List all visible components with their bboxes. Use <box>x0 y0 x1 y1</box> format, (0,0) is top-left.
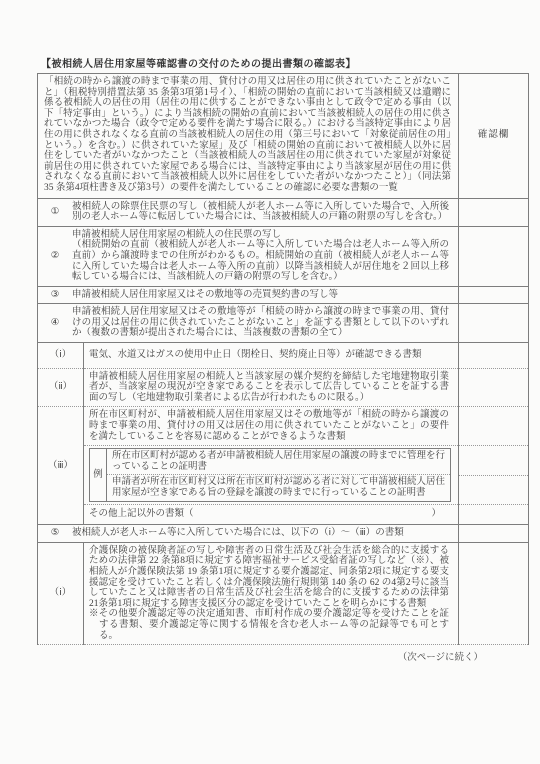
sub-item-number-iii: （ⅲ） <box>38 407 84 525</box>
example-label: 例 <box>90 449 107 500</box>
item-row-3: ③ 申請被相続人居住用家屋又はその敷地等の売買契約書の写し等 <box>38 286 529 304</box>
sub-item-row-ii: （ⅱ） 申請被相続人居住用家屋の相続人と当該家屋の媒介契約を締結した宅地建物取引… <box>38 368 529 407</box>
check-cell-sub-iii[interactable] <box>459 407 529 446</box>
check-cell-item-5[interactable] <box>459 525 529 543</box>
check-cell-item-1[interactable] <box>459 198 529 226</box>
item-number-4: ④ <box>38 318 72 329</box>
item5-sub-note: ※その他要介護認定等の決定通知書、市町村作成の要介護認定等を受けたことを証する書… <box>89 609 449 641</box>
check-cell-item-2[interactable] <box>459 226 529 286</box>
check-cell-sub-ii[interactable] <box>459 368 529 407</box>
check-cell-item-4[interactable] <box>459 304 529 343</box>
other-documents-label: その他上記以外の書類（ <box>89 509 194 520</box>
sub-item-text-iii: 所在市区町村が、申請被相続人居住用家屋又はその敷地等が「相続の時から譲渡の時まで… <box>84 407 459 446</box>
item5-sub-text-i: 介護保険の被保険者証の写しや障害者の日常生活及び社会生活を総合的に支援するための… <box>89 546 449 610</box>
sub-item-number-ii: （ⅱ） <box>38 368 84 407</box>
item-row-4: ④ 申請被相続人居住用家屋又はその敷地等が「相続の時から譲渡の時まで事業の用、貸… <box>38 304 529 343</box>
sub-item-text-i: 電気、水道又はガスの使用中止日（閉栓日、契約廃止日等）が確認できる書類 <box>84 343 459 369</box>
check-cell-examples[interactable] <box>459 446 529 504</box>
item-text-2-line2: （相続開始の直前（被相続人が老人ホーム等に入所していた場合は老人ホーム等入所の直… <box>72 240 449 282</box>
item5-sub-row-i: （ⅰ） 介護保険の被保険者証の写しや障害者の日常生活及び社会生活を総合的に支援す… <box>38 542 529 644</box>
item-text-3: 申請被相続人居住用家屋又はその敷地等の売買契約書の写し等 <box>72 289 458 302</box>
example-1: 所在市区町村が認める者が申請被相続人居住用家屋の譲渡の時までに管理を行っているこ… <box>107 449 450 474</box>
check-column-header: 確認欄 <box>459 74 529 199</box>
item-number-5: ⑤ <box>38 528 72 539</box>
sub-item-row-iii: （ⅲ） 所在市区町村が、申請被相続人居住用家屋又はその敷地等が「相続の時から譲渡… <box>38 407 529 446</box>
other-documents-row: その他上記以外の書類（ ） <box>38 504 529 525</box>
item-row-2: ② 申請被相続人居住用家屋の相続人の住民票の写し （相続開始の直前（被相続人が老… <box>38 226 529 286</box>
requirement-summary: 「相続の時から譲渡の時まで事業の用、貸付けの用又は居住の用に供されていたことがな… <box>38 74 459 199</box>
sub-item-number-i: （ⅰ） <box>38 343 84 369</box>
item-text-5: 被相続人が老人ホーム等に入所していた場合には、以下の（ⅰ）～（ⅲ）の書類 <box>72 527 458 540</box>
page-continuation-note: （次ページに続く） <box>37 645 528 663</box>
item-number-2: ② <box>38 251 72 262</box>
checklist-table: 「相続の時から譲渡の時まで事業の用、貸付けの用又は居住の用に供されていたことがな… <box>37 73 529 645</box>
document-page: 【被相続人居住用家屋等確認書の交付のための提出書類の確認表】 「相続の時から譲渡… <box>0 0 540 663</box>
item5-sub-number-i: （ⅰ） <box>38 542 84 644</box>
check-cell-sub-i[interactable] <box>459 343 529 369</box>
item-row-5: ⑤ 被相続人が老人ホーム等に入所していた場合には、以下の（ⅰ）～（ⅲ）の書類 <box>38 525 529 543</box>
example-box: 例 所在市区町村が認める者が申請被相続人居住用家屋の譲渡の時までに管理を行ってい… <box>89 448 451 501</box>
item-text-1: 被相続人の除票住民票の写し（被相続人が老人ホーム等に入所していた場合で、入所後別… <box>72 201 458 224</box>
other-documents-close-paren: ） <box>432 509 450 520</box>
item-row-1: ① 被相続人の除票住民票の写し（被相続人が老人ホーム等に入所していた場合で、入所… <box>38 198 529 226</box>
sub-item-row-i: （ⅰ） 電気、水道又はガスの使用中止日（閉栓日、契約廃止日等）が確認できる書類 <box>38 343 529 369</box>
document-title: 【被相続人居住用家屋等確認書の交付のための提出書類の確認表】 <box>41 55 528 70</box>
check-cell-other[interactable] <box>459 504 529 525</box>
sub-item-iii-examples-row: 例 所在市区町村が認める者が申請被相続人居住用家屋の譲渡の時までに管理を行ってい… <box>38 446 529 504</box>
item-text-4: 申請被相続人居住用家屋又はその敷地等が「相続の時から譲渡の時まで事業の用、貸付け… <box>72 306 458 340</box>
check-cell-divider <box>459 446 528 476</box>
check-cell-item-3[interactable] <box>459 286 529 304</box>
item-number-3: ③ <box>38 290 72 301</box>
sub-item-text-ii: 申請被相続人居住用家屋の相続人と当該家屋の媒介契約を締結した宅地建物取引業者が、… <box>84 368 459 407</box>
item-text-2-line1: 申請被相続人居住用家屋の相続人の住民票の写し <box>72 230 449 241</box>
example-2: 申請者が所在市区町村又は所在市区町村が認める者に対して申請被相続人居住用家屋が空… <box>107 474 450 500</box>
requirement-header-row: 「相続の時から譲渡の時まで事業の用、貸付けの用又は居住の用に供されていたことがな… <box>38 74 529 199</box>
check-cell-item5-sub-i[interactable] <box>459 542 529 644</box>
item-number-1: ① <box>38 207 72 218</box>
